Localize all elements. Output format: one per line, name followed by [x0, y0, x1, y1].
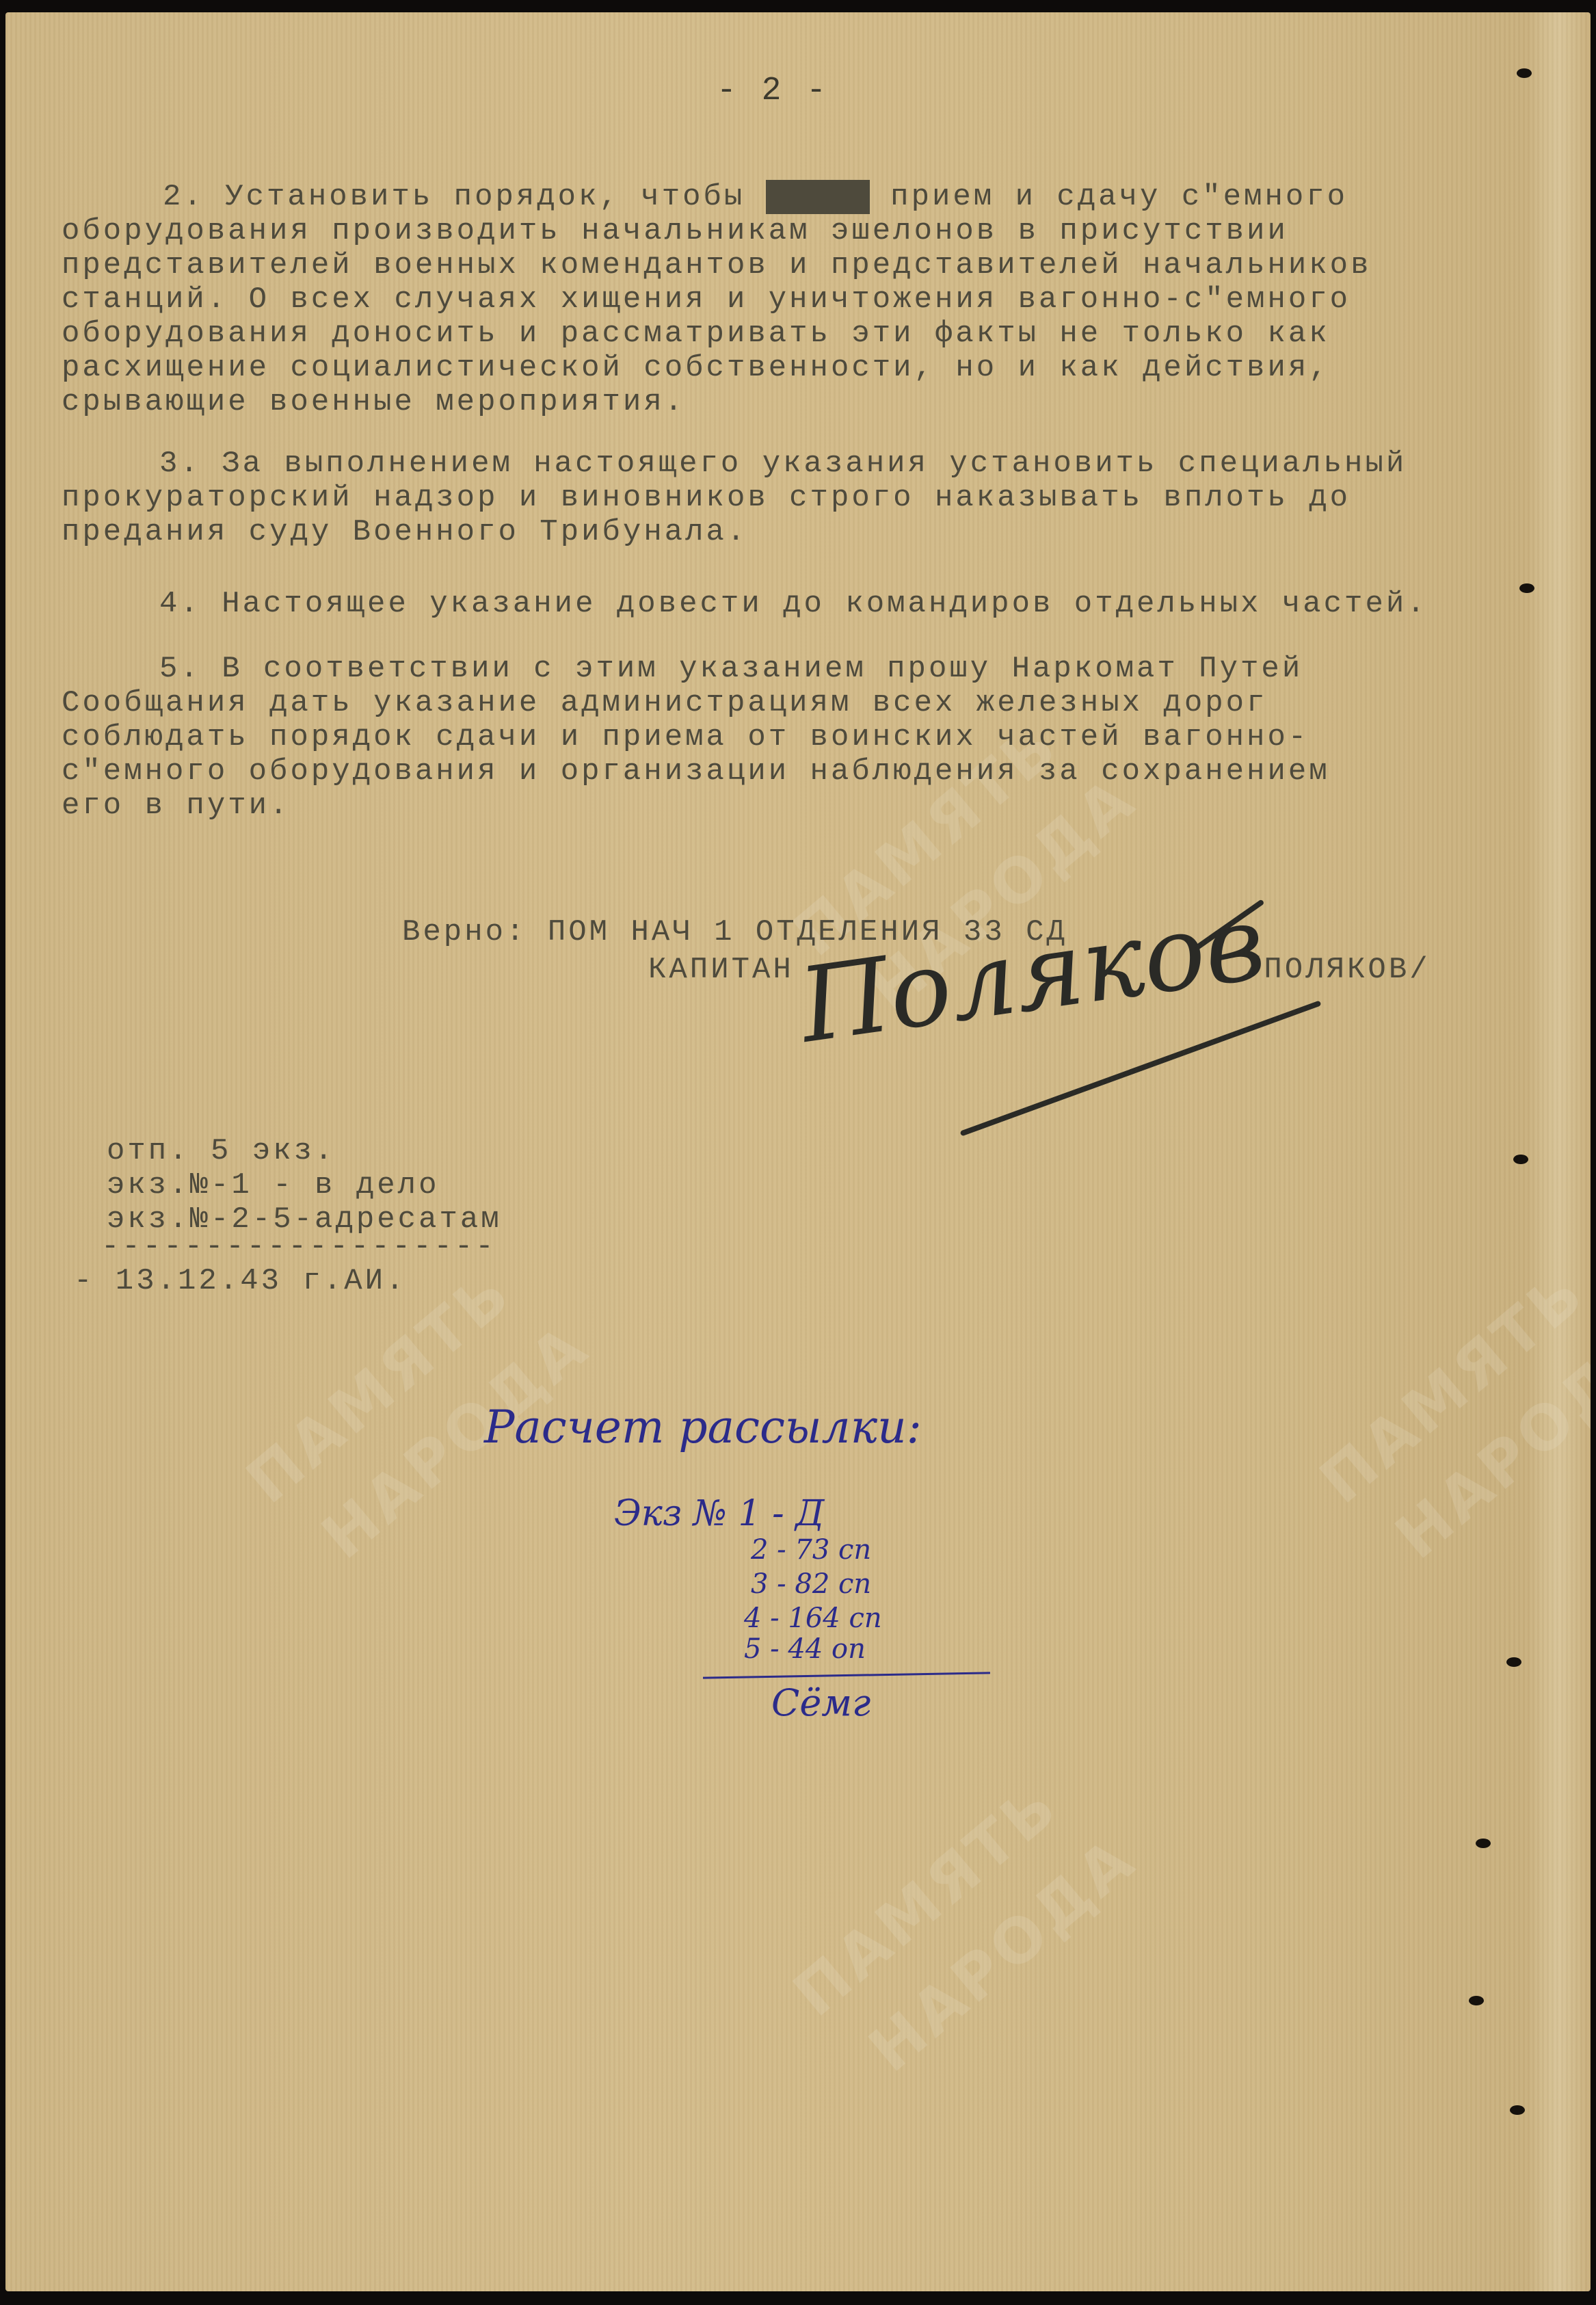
paragraph-line: 2. Установить порядок, чтобы XXXXX прием…	[163, 180, 1348, 214]
binder-hole	[1519, 583, 1534, 593]
paragraph-line: 3. За выполнением настоящего указания ус…	[159, 447, 1407, 481]
copies-count: отп. 5 экз.	[107, 1134, 335, 1168]
paragraph-line: расхищение социалистической собственност…	[62, 351, 1330, 385]
rank-line: КАПИТАН	[648, 953, 794, 987]
signatory-name: /ПОЛЯКОВ/	[1243, 953, 1431, 987]
note-initials: Сёмг	[771, 1681, 870, 1724]
note-title: Расчет рассылки:	[484, 1401, 922, 1453]
separator: -------------------	[101, 1230, 496, 1264]
paragraph-line: с"емного оборудования и организации набл…	[62, 754, 1330, 789]
paragraph-line: Сообщания дать указание администрациям в…	[62, 686, 1267, 720]
paragraph-line: 4. Настоящее указание довести до команди…	[159, 587, 1428, 621]
struck-word: XXXXX	[766, 180, 870, 214]
paragraph-line: соблюдать порядок сдачи и приема от воин…	[62, 720, 1309, 754]
typed-date: - 13.12.43 г.АИ.	[74, 1264, 406, 1298]
binder-hole	[1476, 1839, 1491, 1848]
note-row: 5 - 44 оп	[744, 1633, 866, 1665]
binder-hole	[1510, 2105, 1525, 2115]
binder-hole	[1469, 1996, 1484, 2005]
line-text: 2. Установить порядок, чтобы	[163, 180, 766, 214]
paragraph-line: представителей военных комендантов и пре…	[62, 248, 1371, 282]
paragraph-line: 5. В соответствии с этим указанием прошу…	[159, 652, 1303, 686]
paragraph-line: прокураторский надзор и виновников строг…	[62, 481, 1351, 515]
page-number: - 2 -	[717, 74, 829, 108]
paragraph-line: оборудования производить начальникам эше…	[62, 214, 1288, 248]
note-row: 4 - 164 сп	[744, 1603, 882, 1634]
paragraph-line: станций. О всех случаях хищения и уничто…	[62, 282, 1351, 317]
note-row: 3 - 82 сп	[751, 1568, 871, 1600]
binder-hole	[1517, 68, 1532, 78]
paragraph-line: оборудования доносить и рассматривать эт…	[62, 317, 1330, 351]
line-text: прием и сдачу с"емного	[870, 180, 1348, 214]
paragraph-line: срывающие военные мероприятия.	[62, 385, 685, 419]
note-row: Экз № 1 - Д	[614, 1493, 824, 1534]
note-row: 2 - 73 сп	[751, 1534, 871, 1566]
binder-hole	[1513, 1155, 1528, 1164]
note-underline	[703, 1672, 990, 1678]
binder-hole	[1506, 1657, 1521, 1667]
paragraph-line: его в пути.	[62, 789, 290, 823]
paragraph-line: предания суду Военного Трибунала.	[62, 515, 747, 549]
document-page: ПАМЯТЬ НАРОДА ПАМЯТЬ НАРОДА ПАМЯТЬ НАРОД…	[5, 12, 1591, 2291]
copy-1-destination: экз.№-1 - в дело	[107, 1168, 439, 1202]
